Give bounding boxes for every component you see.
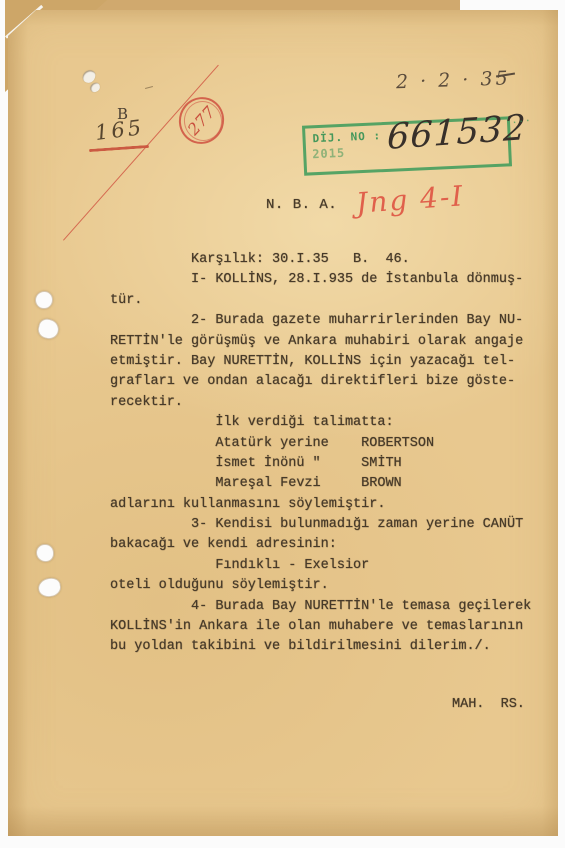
typed-line: adlarını kullanmasını söylemiştir. (110, 495, 531, 515)
typed-line: İlk verdiği talimatta: (110, 413, 531, 433)
circled-number: 277 (179, 97, 224, 144)
typed-line: Atatürk yerine ROBERTSON (110, 434, 531, 454)
typed-line: bu yoldan takibini ve bildirilmesini dil… (110, 637, 531, 657)
punch-hole (35, 291, 53, 309)
typed-line: tür. (110, 291, 531, 311)
typed-body: Karşılık: 30.I.35 B. 46. I- KOLLİNS, 28.… (110, 250, 531, 658)
typed-line: etmiştir. Bay NURETTİN, KOLLİNS için yaz… (110, 352, 531, 372)
typed-line: oteli olduğunu söylemiştir. (110, 576, 531, 596)
typed-line: bakacağı ve kendi adresinin: (110, 535, 531, 555)
typed-line: Mareşal Fevzi BROWN (110, 474, 531, 494)
typed-line: I- KOLLİNS, 28.I.935 de İstanbula dönmuş… (110, 270, 531, 290)
typed-line: RETTİN'le görüşmüş ve Ankara muhabiri ol… (110, 332, 531, 352)
stamp-ink-dots: ··· (511, 111, 533, 130)
stamp-year: 2015 (312, 146, 346, 161)
punch-hole (36, 544, 54, 562)
typed-line: KOLLİNS'in Ankara ile olan muhabere ve t… (110, 617, 531, 637)
typed-line: Karşılık: 30.I.35 B. 46. (110, 250, 531, 270)
typed-line: recektir. (110, 393, 531, 413)
typed-line: grafları ve ondan alacağı direktifleri b… (110, 372, 531, 392)
typed-line: Fındıklı - Exelsior (110, 556, 531, 576)
typed-line: İsmet İnönü " SMİTH (110, 454, 531, 474)
stamp-label: DİJ. NO : (312, 129, 381, 145)
handwritten-date: 2 · 2 · 35 (396, 67, 527, 94)
signature: MAH. RS. (452, 697, 525, 712)
typed-line: 2- Burada gazete muharrirlerinden Bay NU… (110, 311, 531, 331)
typed-line: 4- Burada Bay NURETTİN'le temasa geçiler… (110, 597, 531, 617)
typed-line: 3- Kendisi bulunmadığı zaman yerine CANÜ… (110, 515, 531, 535)
document-title: N. B. A. (266, 197, 337, 213)
